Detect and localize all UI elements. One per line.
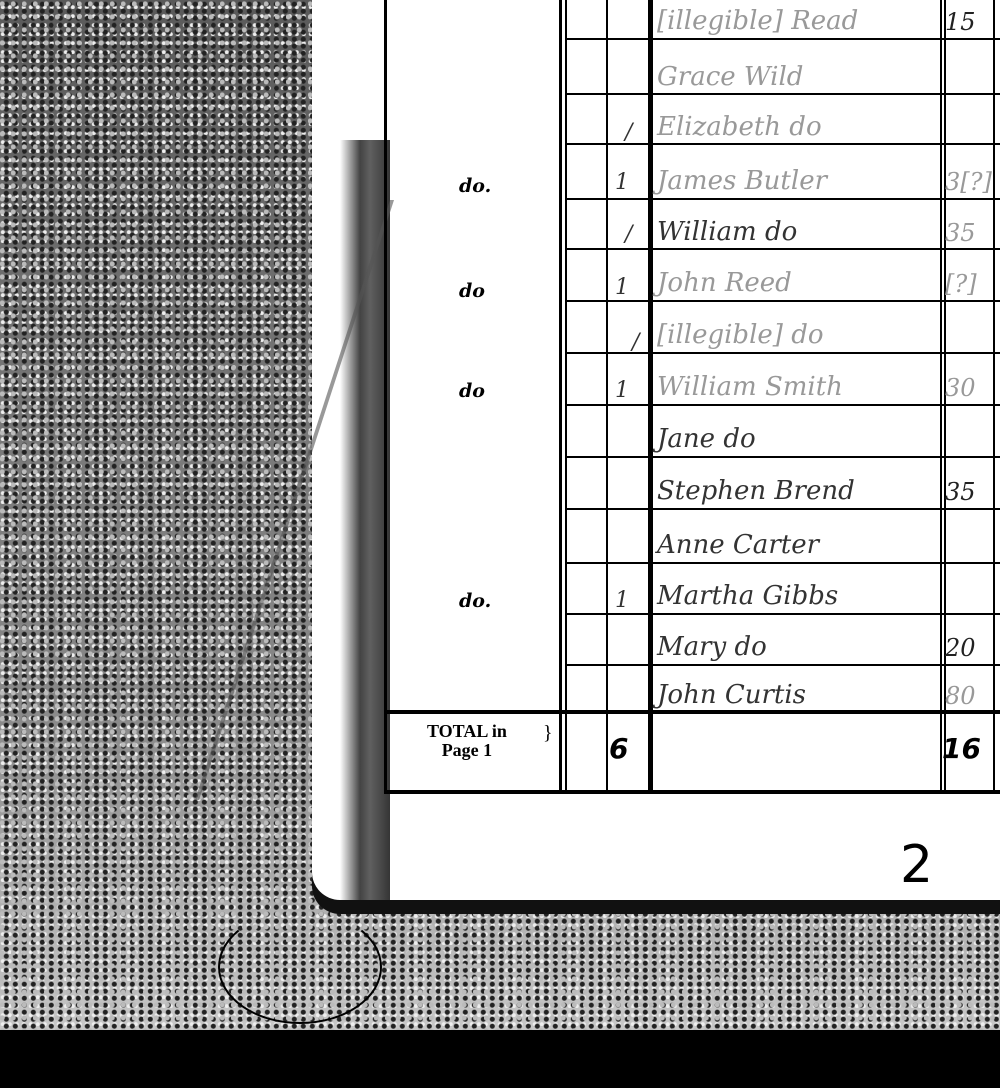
ditto-mark: do (459, 380, 485, 402)
page-number: 2 (900, 835, 933, 895)
ditto-mark: do (459, 280, 485, 302)
person-age: 20 (945, 634, 976, 662)
row-rule (565, 300, 1000, 302)
person-name: William do (657, 217, 797, 247)
tally-mark: 1 (615, 588, 629, 613)
col-rule-5 (993, 0, 995, 790)
col-rule-1 (559, 0, 562, 790)
total-label-line2: Page 1 (427, 741, 507, 760)
tally-mark: 1 (615, 170, 629, 195)
person-age: 3[?] (945, 168, 992, 196)
person-age: 35 (945, 478, 976, 506)
total-label: TOTAL in Page 1 (427, 722, 507, 760)
census-table: do. do do do. / 1 / 1 / 1 1 [illegible] … (384, 0, 1000, 794)
scan-bottom-border (0, 1030, 1000, 1088)
col-rule-2 (606, 0, 608, 790)
binding-string (218, 910, 382, 1024)
person-name: Mary do (657, 632, 767, 662)
person-name: [illegible] Read (657, 6, 858, 36)
tally-mark: 1 (615, 378, 629, 403)
row-rule (565, 38, 1000, 40)
row-rule (565, 93, 1000, 95)
ditto-mark: do. (459, 590, 491, 612)
person-name: John Curtis (657, 680, 806, 710)
person-name: William Smith (657, 372, 843, 402)
person-name: Martha Gibbs (657, 581, 838, 611)
tally-mark: 1 (615, 275, 629, 300)
total-ages: 16 (942, 732, 981, 765)
person-age: [?] (945, 270, 977, 298)
ditto-mark: do. (459, 175, 491, 197)
total-rule-top (387, 710, 1000, 714)
total-count: 6 (609, 732, 628, 765)
person-age: 15 (945, 8, 976, 36)
person-name: Anne Carter (657, 530, 819, 560)
row-rule (565, 404, 1000, 406)
person-name: Elizabeth do (657, 112, 822, 142)
row-rule (565, 198, 1000, 200)
tally-mark: / (632, 330, 639, 355)
tally-mark: / (625, 120, 632, 145)
row-rule (565, 456, 1000, 458)
person-age: 30 (945, 374, 976, 402)
tally-mark: / (625, 222, 632, 247)
page-curl-shadow (340, 140, 390, 900)
row-rule (565, 613, 1000, 615)
person-name: Stephen Brend (657, 476, 855, 506)
row-rule (565, 352, 1000, 354)
person-age: 80 (945, 682, 976, 710)
col-rule-1b (565, 0, 567, 790)
person-name: [illegible] do (657, 320, 824, 350)
row-rule (565, 508, 1000, 510)
col-rule-4 (940, 0, 942, 790)
person-name: Jane do (657, 424, 756, 454)
person-name: Grace Wild (657, 62, 803, 92)
row-rule (565, 562, 1000, 564)
person-name: James Butler (657, 166, 827, 196)
total-label-line1: TOTAL in (427, 722, 507, 741)
person-age: 35 (945, 219, 976, 247)
row-rule (565, 248, 1000, 250)
row-rule (565, 664, 1000, 666)
person-name: John Reed (657, 268, 792, 298)
brace-glyph: } (543, 722, 553, 745)
col-rule-3 (648, 0, 653, 790)
